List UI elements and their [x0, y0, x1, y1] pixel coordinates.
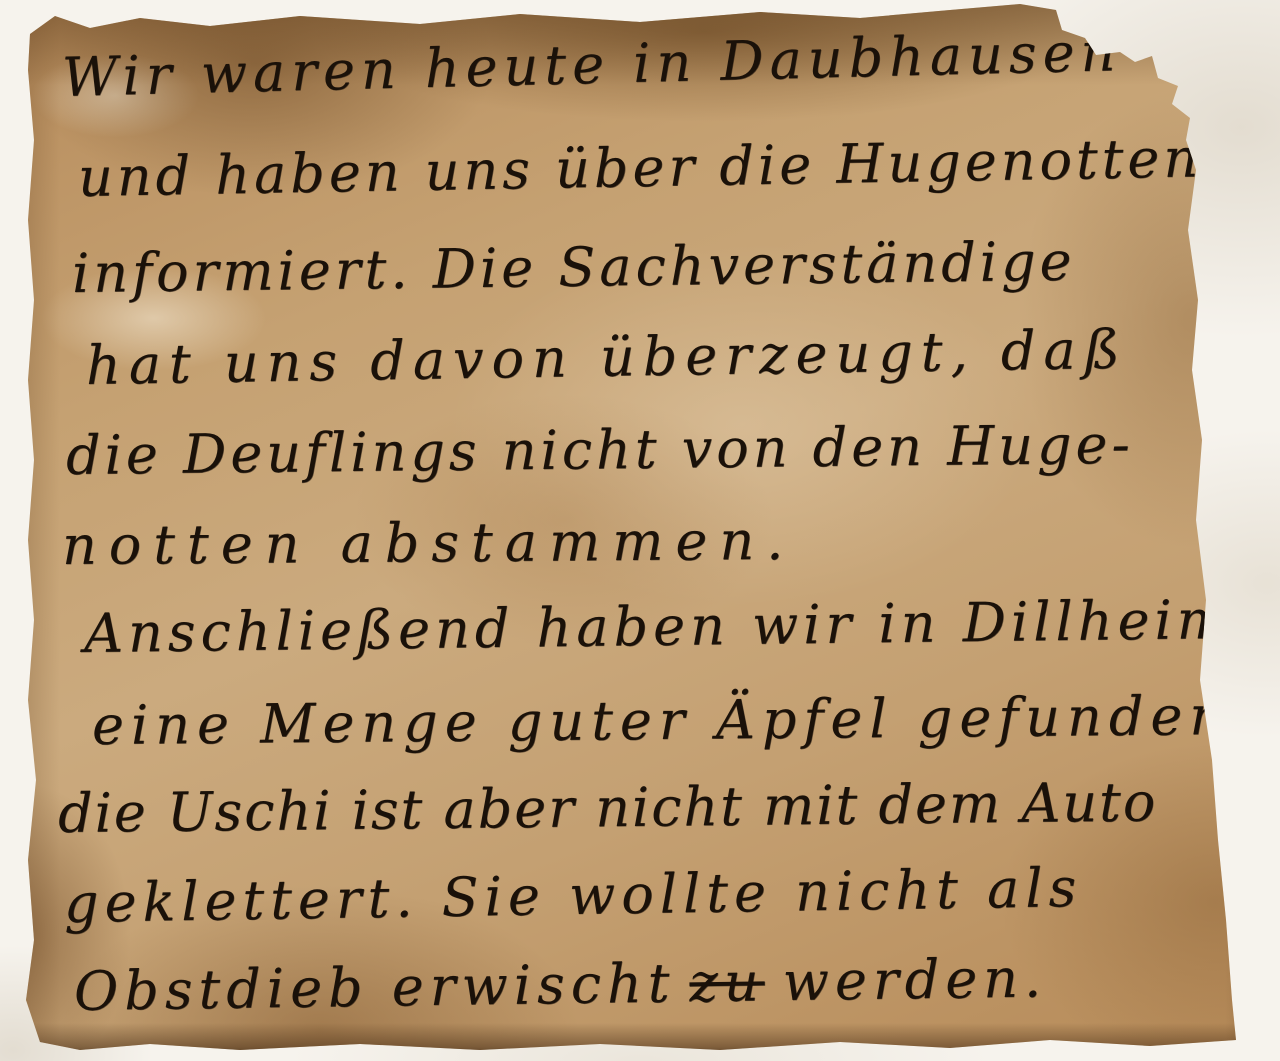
handwritten-line: informiert. Die Sachverständige	[72, 230, 1076, 305]
handwritten-text: Obstdieb erwischt	[74, 952, 676, 1023]
handwritten-line: eine Menge guter Äpfel gefunden.	[92, 684, 1256, 757]
handwritten-line: Obstdieb erwischtzuwerden.	[74, 946, 1048, 1023]
handwritten-line: die Uschi ist aber nicht mit dem Auto	[58, 770, 1158, 845]
handwritten-line: Anschließend haben wir in Dillheim	[84, 588, 1234, 665]
handwritten-line: die Deuflings nicht von den Huge-	[66, 413, 1134, 487]
letter-paper: Wir waren heute in Daubhausen und haben …	[0, 0, 1280, 1061]
handwritten-text: werden.	[782, 946, 1047, 1013]
page-background: Wir waren heute in Daubhausen und haben …	[0, 0, 1280, 1061]
crossed-out-word: zu	[689, 950, 765, 1014]
handwritten-line: notten abstammen.	[62, 509, 796, 577]
handwritten-line: Wir waren heute in Daubhausen	[61, 20, 1122, 109]
handwritten-line: hat uns davon überzeugt, daß	[86, 318, 1129, 397]
handwritten-line: und haben uns über die Hugenotten	[77, 126, 1202, 209]
handwritten-line: geklettert. Sie wollte nicht als	[64, 856, 1083, 935]
